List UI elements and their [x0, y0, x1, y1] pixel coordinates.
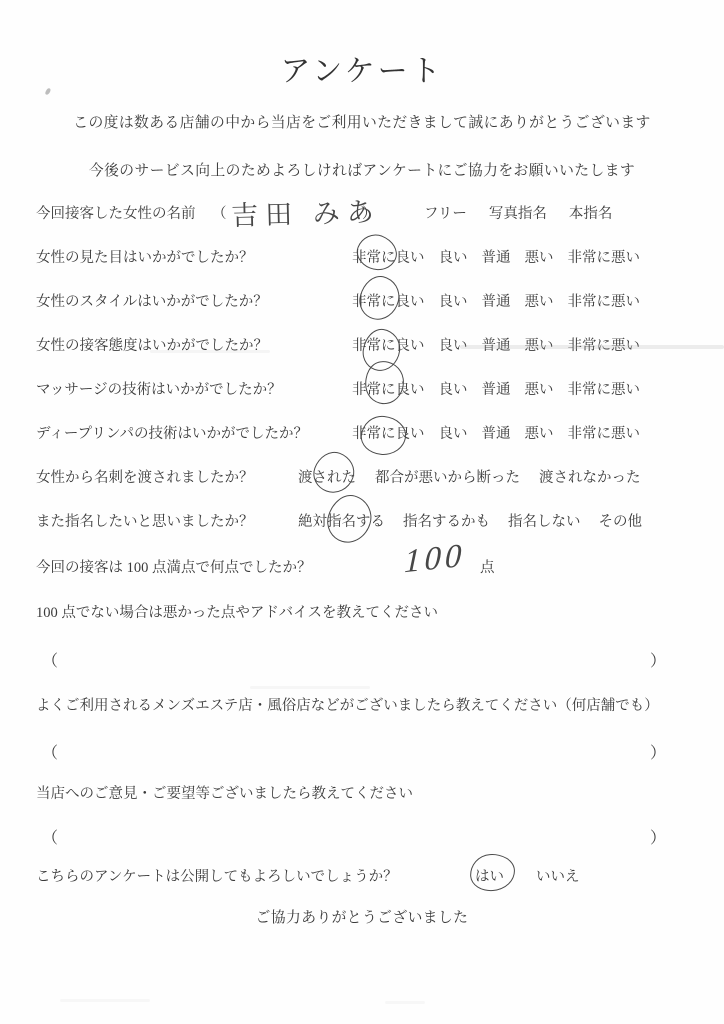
rating-question-label: ディープリンパの技術はいかがでしたか？ — [36, 422, 308, 443]
repeat-question-row: また指名したいと思いましたか？ 絶対指名する 指名するかも 指名しない その他 — [0, 510, 724, 530]
rating-option: 普通 — [482, 378, 511, 399]
rating-option: 非常に悪い — [568, 290, 641, 311]
answer-open-paren: （ — [42, 648, 58, 671]
rating-option: 普通 — [482, 246, 511, 267]
answer-open-paren: （ — [42, 825, 58, 848]
answer-close-paren: ） — [650, 825, 666, 848]
card-option-received: 渡された — [298, 466, 356, 487]
answer-open-paren: （ — [42, 740, 58, 763]
scan-streak — [250, 686, 370, 689]
repeat-question-label: また指名したいと思いましたか？ — [36, 510, 254, 531]
publish-option-no: いいえ — [536, 865, 580, 886]
card-question-label: 女性から名刺を渡されましたか？ — [36, 466, 254, 487]
scan-streak — [460, 345, 724, 349]
rating-option: 非常に悪い — [568, 378, 641, 399]
rating-row-deep-lymph: ディープリンパの技術はいかがでしたか？ 非常に良い 良い 普通 悪い 非常に悪い — [0, 422, 724, 442]
rating-question-label: マッサージの技術はいかがでしたか？ — [36, 378, 282, 399]
rating-option: 普通 — [482, 422, 511, 443]
rating-option: 悪い — [525, 422, 554, 443]
opinion-question-label: 当店へのご意見・ご要望等ございましたら教えてください — [36, 782, 413, 803]
score-question-label: 今回の接客は 100 点満点で何点でしたか？ — [36, 556, 312, 577]
name-type-option-photo: 写真指名 — [489, 202, 547, 223]
advice-question-label: 100 点でない場合は悪かった点やアドバイスを教えてください — [36, 601, 438, 622]
rating-option: 良い — [439, 290, 468, 311]
rating-option: 悪い — [525, 246, 554, 267]
publish-question-label: こちらのアンケートは公開してもよろしいでしょうか？ — [36, 865, 398, 886]
rating-question-label: 女性のスタイルはいかがでしたか？ — [36, 290, 268, 311]
publish-option-yes: はい — [475, 865, 504, 886]
rating-option: 非常に良い — [352, 334, 425, 355]
rating-option: 普通 — [482, 290, 511, 311]
rating-option: 良い — [439, 378, 468, 399]
name-type-option-free: フリー — [424, 202, 467, 223]
rating-option: 良い — [439, 246, 468, 267]
intro-line-2: 今後のサービス向上のためよろしければアンケートにご協力をお願いいたします — [0, 159, 724, 180]
scan-streak — [60, 999, 150, 1002]
rating-row-massage: マッサージの技術はいかがでしたか？ 非常に良い 良い 普通 悪い 非常に悪い — [0, 378, 724, 398]
repeat-option-maybe: 指名するかも — [403, 510, 490, 531]
advice-answer-line: （ ） — [0, 648, 724, 668]
answer-close-paren: ） — [650, 740, 666, 763]
opinion-question-row: 当店へのご意見・ご要望等ございましたら教えてください — [0, 782, 724, 802]
rating-option: 非常に良い — [352, 378, 425, 399]
intro-line-1: この度は数ある店舗の中から当店をご利用いただきまして誠にありがとうございます — [0, 111, 724, 132]
open-paren: （ — [212, 202, 227, 223]
scan-streak — [150, 350, 270, 353]
rating-option: 良い — [439, 422, 468, 443]
page-title: アンケート — [0, 46, 724, 90]
name-question-label: 今回接客した女性の名前 — [36, 202, 196, 223]
other-shops-question-label: よくご利用されるメンズエステ店・風俗店などがございましたら教えてください（何店舗… — [36, 694, 659, 715]
rating-question-label: 女性の見た目はいかがでしたか？ — [36, 246, 254, 267]
card-option-not-received: 渡されなかった — [539, 466, 641, 487]
repeat-option-other: その他 — [599, 510, 643, 531]
score-unit-label: 点 — [480, 556, 495, 577]
card-question-row: 女性から名刺を渡されましたか？ 渡された 都合が悪いから断った 渡されなかった — [0, 466, 724, 486]
rating-option: 非常に良い — [352, 246, 425, 267]
rating-row-looks: 女性の見た目はいかがでしたか？ 非常に良い 良い 普通 悪い 非常に悪い — [0, 246, 724, 266]
repeat-option-definitely: 絶対指名する — [298, 510, 385, 531]
rating-row-attitude: 女性の接客態度はいかがでしたか？ 非常に良い 良い 普通 悪い 非常に悪い — [0, 334, 724, 354]
rating-option: 悪い — [525, 378, 554, 399]
repeat-option-no: 指名しない — [508, 510, 581, 531]
answer-close-paren: ） — [650, 648, 666, 671]
rating-option: 非常に良い — [352, 422, 425, 443]
opinion-answer-line: （ ） — [0, 825, 724, 845]
closing-text: ご協力ありがとうございました — [0, 906, 724, 927]
handwritten-name: 吉田 みあ — [231, 190, 382, 233]
publish-question-row: こちらのアンケートは公開してもよろしいでしょうか？ はい いいえ — [0, 865, 724, 885]
rating-option: 非常に良い — [352, 290, 425, 311]
rating-option: 非常に悪い — [568, 422, 641, 443]
rating-option: 非常に悪い — [568, 246, 641, 267]
scanned-questionnaire-page: アンケート この度は数ある店舗の中から当店をご利用いただきまして誠にありがとうご… — [0, 0, 724, 1024]
score-question-row: 今回の接客は 100 点満点で何点でしたか？ 点 — [0, 556, 724, 576]
card-option-declined: 都合が悪いから断った — [375, 466, 520, 487]
scan-streak — [385, 1001, 425, 1004]
name-type-option-honshimei: 本指名 — [569, 202, 613, 223]
advice-question-row: 100 点でない場合は悪かった点やアドバイスを教えてください — [0, 601, 724, 621]
other-shops-question-row: よくご利用されるメンズエステ店・風俗店などがございましたら教えてください（何店舗… — [0, 694, 724, 714]
rating-option: 悪い — [525, 290, 554, 311]
handwritten-score: 100 — [404, 538, 466, 582]
other-shops-answer-line: （ ） — [0, 740, 724, 760]
rating-row-style: 女性のスタイルはいかがでしたか？ 非常に良い 良い 普通 悪い 非常に悪い — [0, 290, 724, 310]
